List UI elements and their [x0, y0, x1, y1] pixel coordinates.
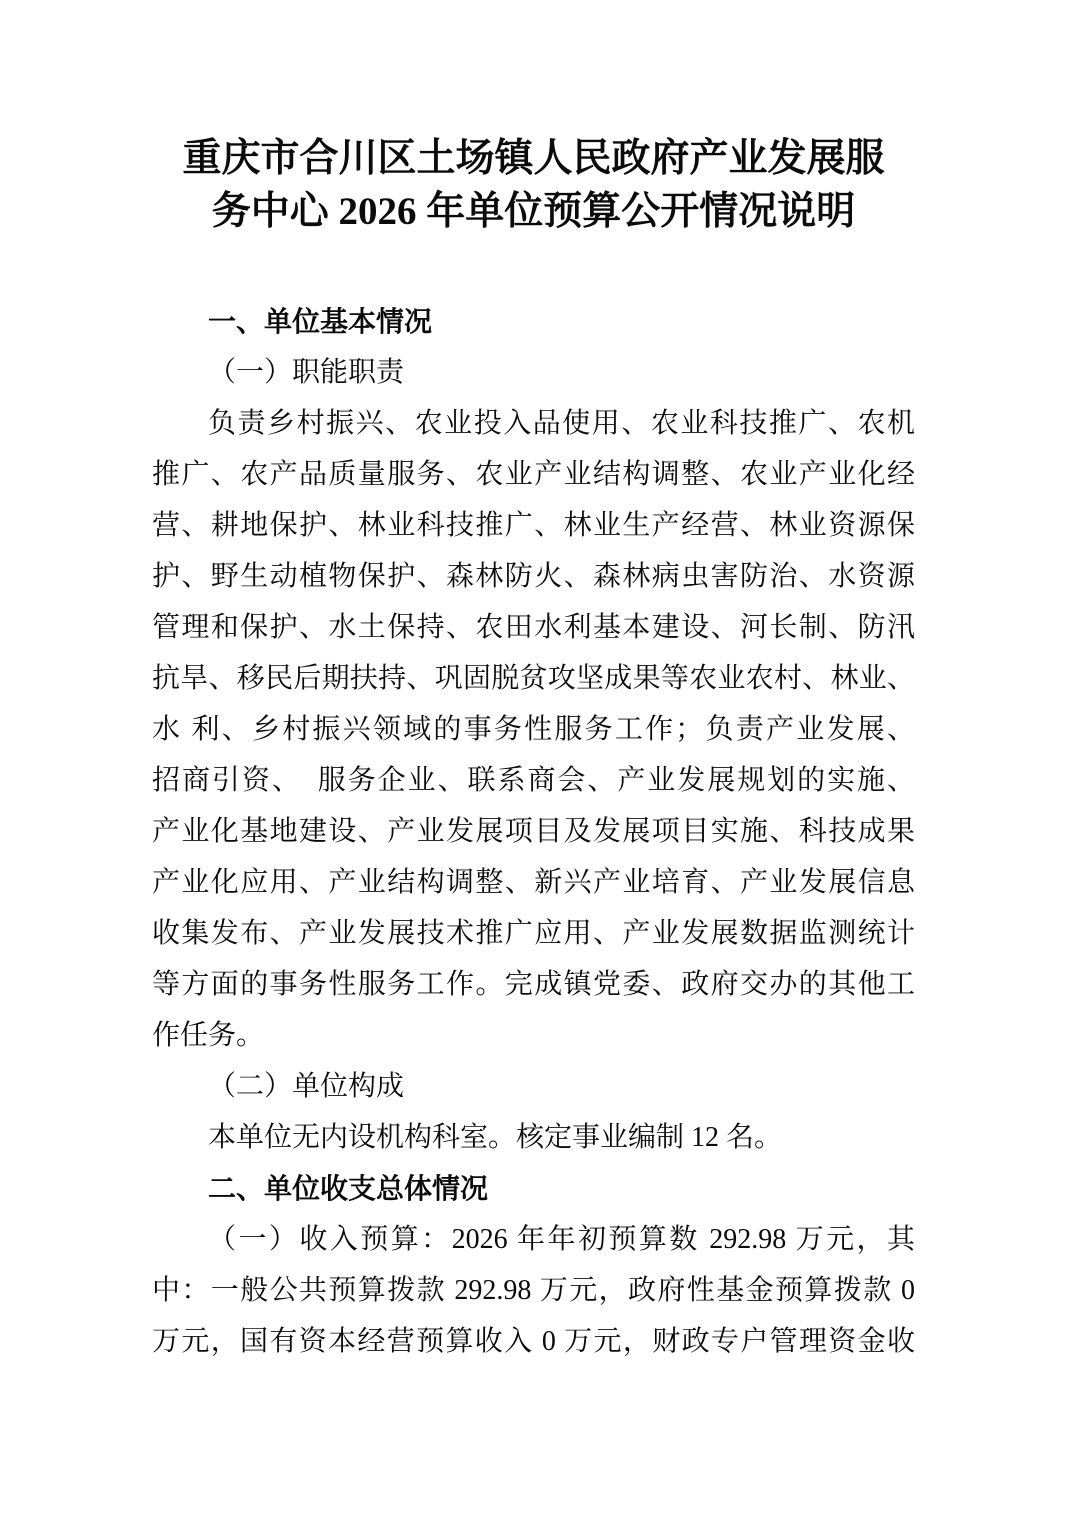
text-line: 等方面的事务性服务工作。完成镇党委、政府交办的其他工 [152, 959, 915, 1010]
document-page: 重庆市合川区土场镇人民政府产业发展服务中心 2026 年单位预算公开情况说明 一… [0, 0, 1074, 1520]
text-line: 抗旱、移民后期扶持、巩固脱贫攻坚成果等农业农村、林业、 [152, 653, 915, 704]
text-line: 招商引资、 服务企业、联系商会、产业发展规划的实施、 [152, 755, 915, 806]
text-line: 作任务。 [152, 1010, 915, 1061]
subsection-heading-1-2: （二）单位构成 [152, 1061, 915, 1112]
text-line: 管理和保护、水土保持、农田水利基本建设、河长制、防汛 [152, 602, 915, 653]
text-line: 推广、农产品质量服务、农业产业结构调整、农业产业化经 [152, 449, 915, 500]
text-line: 水 利、乡村振兴领域的事务性服务工作；负责产业发展、 [152, 704, 915, 755]
document-title: 重庆市合川区土场镇人民政府产业发展服务中心 2026 年单位预算公开情况说明 [152, 132, 915, 238]
text-line: 营、耕地保护、林业科技推广、林业生产经营、林业资源保 [152, 500, 915, 551]
paragraph-duties: 负责乡村振兴、农业投入品使用、农业科技推广、农机推广、农产品质量服务、农业产业结… [152, 398, 915, 1061]
text-line: 本单位无内设机构科室。核定事业编制 12 名。 [152, 1112, 915, 1163]
text-line: 产业化应用、产业结构调整、新兴产业培育、产业发展信息 [152, 857, 915, 908]
text-line: 负责乡村振兴、农业投入品使用、农业科技推广、农机 [152, 398, 915, 449]
text-line: 重庆市合川区土场镇人民政府产业发展服 [152, 132, 915, 185]
section-heading-1: 一、单位基本情况 [152, 296, 915, 347]
text-line: 护、野生动植物保护、森林防火、森林病虫害防治、水资源 [152, 551, 915, 602]
text-line: 收集发布、产业发展技术推广应用、产业发展数据监测统计 [152, 908, 915, 959]
text-line: 万元，国有资本经营预算收入 0 万元，财政专户管理资金收 [152, 1316, 915, 1367]
section-heading-2: 二、单位收支总体情况 [152, 1163, 915, 1214]
text-line: 务中心 2026 年单位预算公开情况说明 [152, 185, 915, 238]
text-line: 产业化基地建设、产业发展项目及发展项目实施、科技成果 [152, 806, 915, 857]
subsection-heading-1-1: （一）职能职责 [152, 347, 915, 398]
text-line: 中：一般公共预算拨款 292.98 万元，政府性基金预算拨款 0 [152, 1265, 915, 1316]
text-line: （一）收入预算：2026 年年初预算数 292.98 万元，其 [152, 1214, 915, 1265]
paragraph-income-budget: （一）收入预算：2026 年年初预算数 292.98 万元，其中：一般公共预算拨… [152, 1214, 915, 1367]
paragraph-unit-composition: 本单位无内设机构科室。核定事业编制 12 名。 [152, 1112, 915, 1163]
